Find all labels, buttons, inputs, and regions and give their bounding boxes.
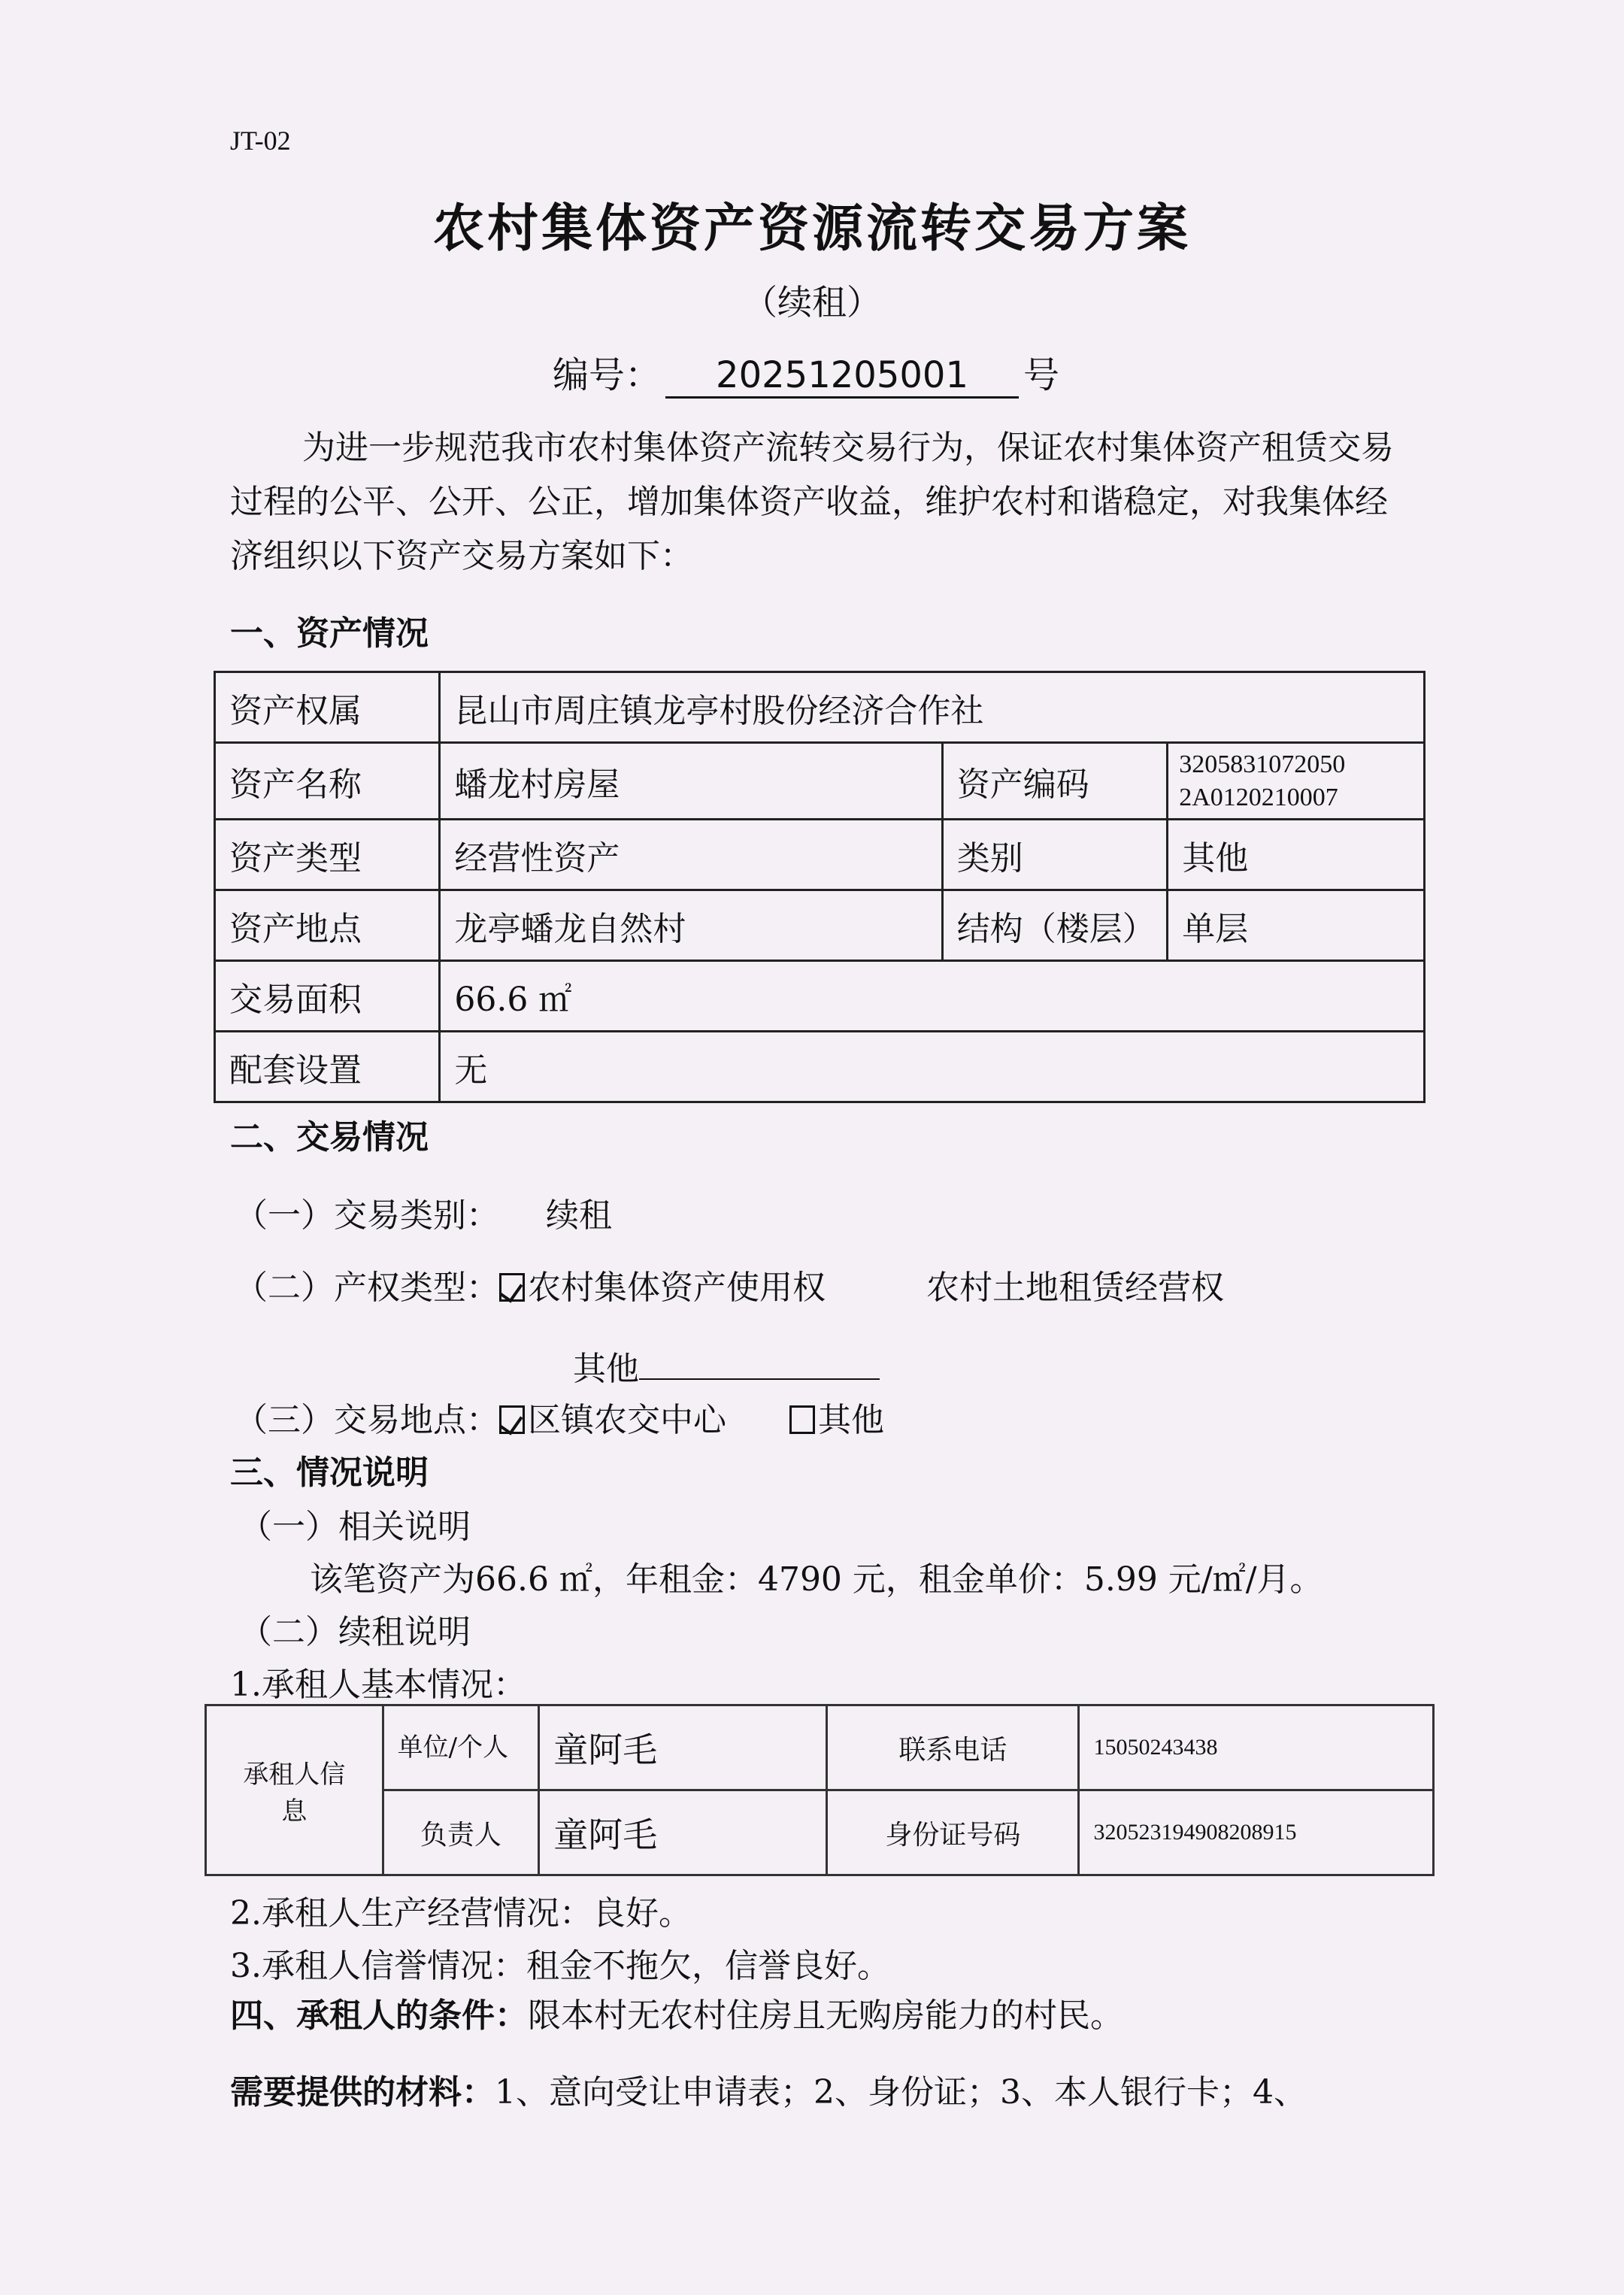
form-code: JT-02: [230, 125, 291, 156]
asset-type-label: 资产类型: [215, 820, 440, 890]
intro-paragraph: 为进一步规范我市农村集体资产流转交易行为，保证农村集体资产租赁交易过程的公平、公…: [230, 421, 1418, 584]
owner-value: 昆山市周庄镇龙亭村股份经济合作社: [440, 672, 1425, 743]
right-type-line: （二）产权类型：农村集体资产使用权 农村土地租赁经营权: [235, 1260, 1224, 1308]
asset-type-value: 经营性资产: [440, 820, 942, 890]
table-row: 配套设置 无: [215, 1032, 1425, 1102]
trade-type-label: （一）交易类别：: [235, 1196, 499, 1235]
materials-text: 1、意向受让申请表；2、身份证；3、本人银行卡；4、: [495, 2073, 1307, 2112]
sub2-heading: （二）续租说明: [239, 1605, 471, 1653]
number-suffix: 号: [1023, 354, 1059, 396]
lessee-credit-status: 3.承租人信誉情况：租金不拖欠，信誉良好。: [230, 1939, 890, 1987]
right-type-other-line: 其他: [573, 1342, 880, 1390]
structure-value: 单层: [1168, 890, 1425, 961]
lessee-basic-heading: 1.承租人基本情况：: [230, 1657, 526, 1705]
table-row: 交易面积 66.6 ㎡: [215, 961, 1425, 1032]
trade-place-option-1: 区镇农交中心: [528, 1401, 726, 1439]
trade-place-option-2: 其他: [818, 1401, 884, 1439]
asset-name-value: 蟠龙村房屋: [440, 743, 942, 820]
phone-label: 联系电话: [827, 1705, 1079, 1790]
asset-code-line2: 2A0120210007: [1179, 781, 1413, 814]
checkbox-checked-icon[interactable]: [499, 1405, 525, 1434]
unit-value: 童阿毛: [539, 1705, 827, 1790]
area-value: 66.6 ㎡: [440, 961, 1425, 1032]
table-row: 资产地点 龙亭蟠龙自然村 结构（楼层） 单层: [215, 890, 1425, 961]
owner-label: 资产权属: [215, 672, 440, 743]
location-value: 龙亭蟠龙自然村: [440, 890, 942, 961]
location-label: 资产地点: [215, 890, 440, 961]
document-title: 农村集体资产资源流转交易方案: [0, 188, 1624, 261]
right-type-option-1: 农村集体资产使用权: [528, 1269, 826, 1307]
checkbox-checked-icon[interactable]: [499, 1273, 525, 1302]
table-row: 资产权属 昆山市周庄镇龙亭村股份经济合作社: [215, 672, 1425, 743]
asset-name-label: 资产名称: [215, 743, 440, 820]
facilities-label: 配套设置: [215, 1032, 440, 1102]
checkbox-unchecked-icon[interactable]: [789, 1405, 815, 1434]
intro-text: 为进一步规范我市农村集体资产流转交易行为，保证农村集体资产租赁交易过程的公平、公…: [230, 429, 1394, 575]
sub1-heading: （一）相关说明: [239, 1499, 471, 1548]
other-blank-field[interactable]: [639, 1348, 880, 1380]
unit-label: 单位/个人: [383, 1705, 539, 1790]
asset-table: 资产权属 昆山市周庄镇龙亭村股份经济合作社 资产名称 蟠龙村房屋 资产编码 32…: [214, 671, 1426, 1103]
phone-value: 15050243438: [1079, 1705, 1434, 1790]
materials-heading: 需要提供的材料：: [230, 2073, 495, 2112]
trade-type-line: （一）交易类别： 续租: [235, 1188, 612, 1236]
table-row: 负责人 童阿毛 身份证号码 320523194908208915: [206, 1790, 1434, 1875]
table-row: 资产类型 经营性资产 类别 其他: [215, 820, 1425, 890]
person-value: 童阿毛: [539, 1790, 827, 1875]
document-page: JT-02 农村集体资产资源流转交易方案 （续租） 编号：20251205001…: [0, 0, 1624, 2295]
lessee-operation-status: 2.承租人生产经营情况：良好。: [230, 1886, 692, 1934]
asset-code-line1: 3205831072050: [1179, 748, 1413, 781]
person-label: 负责人: [383, 1790, 539, 1875]
table-row: 承租人信息 单位/个人 童阿毛 联系电话 15050243438: [206, 1705, 1434, 1790]
section3-heading: 三、情况说明: [230, 1445, 429, 1493]
lessee-table: 承租人信息 单位/个人 童阿毛 联系电话 15050243438 负责人 童阿毛…: [205, 1704, 1435, 1876]
section4-heading: 四、承租人的条件：: [230, 1996, 528, 2035]
section4-text: 限本村无农村住房且无购房能力的村民。: [528, 1996, 1123, 2035]
structure-label: 结构（楼层）: [942, 890, 1168, 961]
trade-type-value: 续租: [546, 1196, 612, 1235]
number-value: 20251205001: [665, 354, 1019, 399]
section2-heading: 二、交易情况: [230, 1110, 429, 1158]
id-value: 320523194908208915: [1079, 1790, 1434, 1875]
rent-summary: 该笔资产为66.6 ㎡，年租金：4790 元，租金单价：5.99 元/㎡/月。: [310, 1552, 1323, 1600]
required-materials: 需要提供的材料：1、意向受让申请表；2、身份证；3、本人银行卡；4、: [230, 2065, 1307, 2113]
right-type-label: （二）产权类型：: [235, 1269, 499, 1307]
number-label: 编号：: [553, 354, 661, 396]
area-label: 交易面积: [215, 961, 440, 1032]
trade-place-label: （三）交易地点：: [235, 1401, 499, 1439]
section1-heading: 一、资产情况: [230, 606, 429, 654]
document-subtitle: （续租）: [0, 275, 1624, 325]
trade-place-line: （三）交易地点：区镇农交中心 其他: [235, 1393, 884, 1441]
document-number: 编号：20251205001号: [553, 346, 1059, 399]
facilities-value: 无: [440, 1032, 1425, 1102]
category-label: 类别: [942, 820, 1168, 890]
category-value: 其他: [1168, 820, 1425, 890]
lessee-conditions: 四、承租人的条件：限本村无农村住房且无购房能力的村民。: [230, 1988, 1123, 2036]
right-type-option-2: 农村土地租赁经营权: [926, 1269, 1224, 1307]
asset-code-label: 资产编码: [942, 743, 1168, 820]
asset-code-value: 3205831072050 2A0120210007: [1168, 743, 1425, 820]
lessee-group-label: 承租人信息: [206, 1705, 383, 1875]
right-type-option-3: 其他: [573, 1350, 639, 1388]
id-label: 身份证号码: [827, 1790, 1079, 1875]
table-row: 资产名称 蟠龙村房屋 资产编码 3205831072050 2A01202100…: [215, 743, 1425, 820]
